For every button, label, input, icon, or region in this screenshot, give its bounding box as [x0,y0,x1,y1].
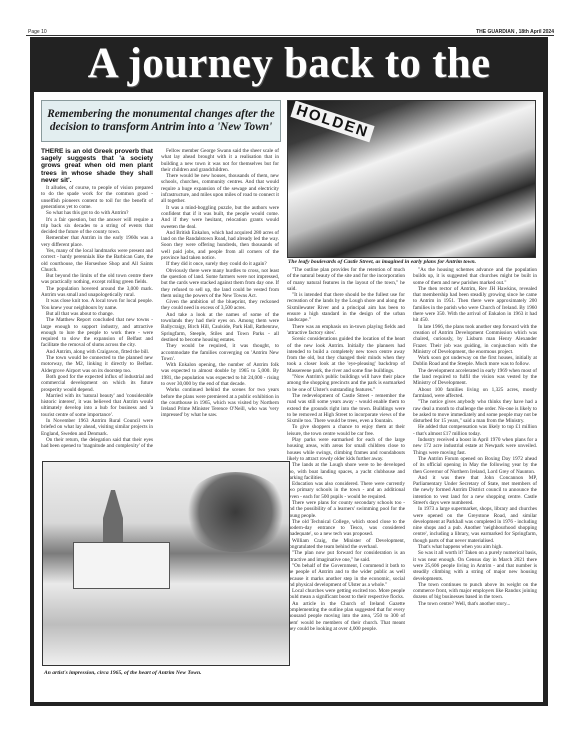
paragraph: Both good for the expected influx of ind… [41,374,153,393]
paragraph: Works continued behind the scenes for tw… [161,387,279,418]
paragraph: In November 1963 Antrim Rural Council we… [41,418,153,437]
paragraph: "On behalf of the Government, I commend … [287,563,405,588]
town-centre-artist-impression [42,461,290,666]
paragraph: And take a look at the names of some of … [161,312,279,343]
building-illustration [73,542,170,589]
castle-street-illustration: HOLDEN [287,100,536,258]
paragraph: "The plan now put forward for considerat… [287,550,405,563]
paragraph: The town centre? Well, that's another st… [413,601,537,607]
paragraph: The old Technical College, which stood c… [287,519,405,538]
headline-bar: A journey back to the future [30,37,548,92]
paragraph: About 100 families living on 1,325 acres… [413,387,537,400]
caption-castle-street: The leafy boulevards of Castle Street, a… [288,259,476,265]
paragraph: The lands at the Lough shore were to be … [287,462,405,481]
lead-paragraph: THERE is an old Greek proverb that sagel… [41,148,153,184]
paragraph: If they did it once, surely they could d… [161,261,279,267]
paragraph: William Craig, the Minister of Developme… [287,538,405,551]
article-column-3: "The outline plan provides for the reten… [287,267,405,703]
shop-sign: HOLDEN [290,101,375,143]
paragraph: Obviously there were many hurdles to cro… [161,268,279,299]
paragraph: So was it all worth it? Taken on a purel… [413,550,537,581]
paragraph: "As the housing schemes advance and the … [413,267,537,286]
paragraph: "The notice gives anybody who thinks the… [413,399,537,424]
caption-artist-impression: An artist's impression, circa 1965, of t… [44,670,201,676]
paragraph: It was close knit too. A local town for … [41,298,153,311]
article-panel: Remembering the monumental changes after… [34,92,543,702]
paragraph: There would be new houses, thousands of … [161,173,279,204]
paragraph: "It is intended that there should be the… [287,292,405,323]
paragraph: The town continues to punch above its we… [413,582,537,601]
paragraph: Yes, many of the local landmarks were pr… [41,248,153,273]
paragraph: Scenic considerations guided the locatio… [287,336,405,374]
paragraph: Fellow member George Swann said the shee… [161,148,279,173]
paragraph: Play parks were earmarked for each of th… [287,437,405,462]
paragraph: In 1973 a large supermarket, shops, libr… [413,506,537,544]
paragraph: The redevelopment of Castle Street - rem… [287,393,405,424]
paragraph: The town would be connected to the plann… [41,355,153,374]
paragraph: In late 1966, the plans took another ste… [413,324,537,355]
paragraph: "Now Antrim's public buildings will have… [287,374,405,393]
paragraph: It was a mind-boggling puzzle, but the a… [161,205,279,230]
paragraph: There was an emphasis on in-town playing… [287,324,405,337]
paragraph: The Antrim Forum opened on Boxing Day 19… [413,456,537,475]
paragraph: Work soon got underway on the first hous… [413,355,537,368]
paragraph: "The outline plan provides for the reten… [287,267,405,292]
paragraph: Education was also considered. There wer… [287,481,405,500]
paragraph: Local churches were getting excited too.… [287,588,405,601]
paragraph: And it was there that John Concannon MP,… [413,475,537,506]
article-column-4: "As the housing schemes advance and the … [413,267,537,703]
paragraph: Remember that Antrim in the early 1960s … [41,235,153,248]
paragraph: Industry received a boost in April 1970 … [413,437,537,456]
paragraph: To give shoppers a chance to enjoy them … [287,424,405,437]
paragraph: An article in the Church of Ireland Gaze… [287,601,405,632]
paragraph: Given the ambition of the blueprint, the… [161,299,279,312]
paragraph: The then rector of Antrim, Rev JH Hawkin… [413,286,537,324]
paragraph: And British Enkalon, which had acquired … [161,230,279,261]
paragraph: They would be required, it was thought, … [161,343,279,362]
paragraph: It's a fair question, but the answer wil… [41,217,153,236]
paragraph: The Matthew Report concluded that new to… [41,317,153,348]
paragraph: The population hovered around the 3,000 … [41,286,153,299]
article-column-1: THERE is an old Greek proverb that sagel… [41,148,153,448]
paragraph: With Enkalon opening, the number of Antr… [161,362,279,387]
paragraph: He added that compensation was likely to… [413,424,537,437]
paragraph: The development accelerated in early 196… [413,368,537,387]
article-frame: A journey back to the future Remembering… [30,37,548,706]
paragraph: Married with its 'natural beauty' and 'c… [41,393,153,418]
paragraph: It alludes, of course, to people of visi… [41,185,153,210]
paragraph: There were plans for county secondary sc… [287,500,405,519]
paragraph: But beyond the limits of the old town ce… [41,273,153,286]
standfirst: Remembering the monumental changes after… [41,100,281,142]
article-column-2: Fellow member George Swann said the shee… [161,148,279,418]
paragraph: On their return, the delegation said tha… [41,437,153,448]
tree-illustration [183,472,288,552]
folio-rule [26,35,554,36]
